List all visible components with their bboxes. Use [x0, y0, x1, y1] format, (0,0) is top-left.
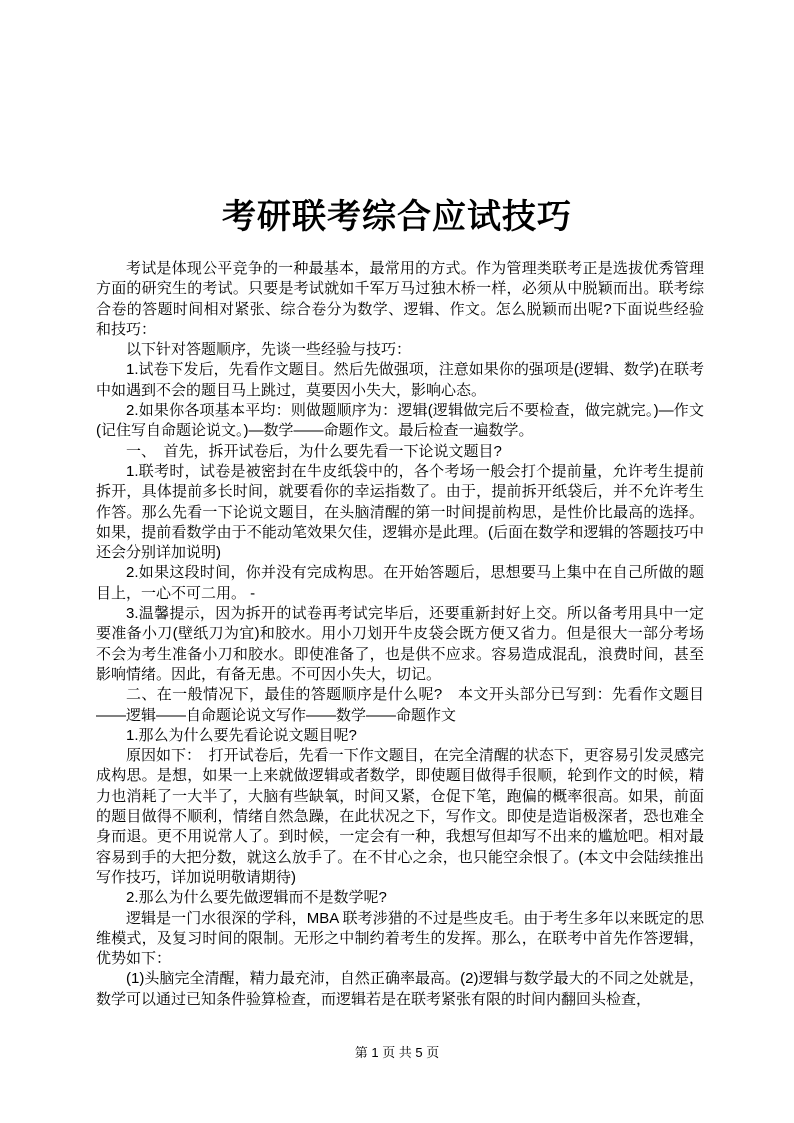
- document-title: 考研联考综合应试技巧: [0, 189, 794, 238]
- paragraph-section1-item1: 1.联考时，试卷是被密封在牛皮纸袋中的，各个考场一般会打个提前量，允许考生提前拆…: [96, 462, 704, 563]
- heading-section-2: 二、在一般情况下，最佳的答题顺序是什么呢? 本文开头部分已写到：先看作文题目——…: [96, 685, 704, 726]
- document-body: 考试是体现公平竞争的一种最基本，最常用的方式。作为管理类联考正是选拔优秀管理方面…: [96, 259, 704, 1010]
- document-page: 考研联考综合应试技巧 考试是体现公平竞争的一种最基本，最常用的方式。作为管理类联…: [0, 0, 794, 1123]
- paragraph-tip-1: 1.试卷下发后，先看作文题目。然后先做强项，注意如果你的强项是(逻辑、数学)在联…: [96, 360, 704, 401]
- page-number-footer: 第 1 页 共 5 页: [0, 1042, 794, 1061]
- paragraph-order-lead: 以下针对答题顺序，先谈一些经验与技巧：: [96, 340, 704, 360]
- paragraph-logic-intro: 逻辑是一门水很深的学科，MBA 联考涉猎的不过是些皮毛。由于考生多年以来既定的思…: [96, 909, 704, 970]
- paragraph-section2-q1: 1.那么为什么要先看论说文题目呢?: [96, 726, 704, 746]
- paragraph-section2-reason: 原因如下： 打开试卷后，先看一下作文题目，在完全清醒的状态下，更容易引发灵感完成…: [96, 746, 704, 888]
- paragraph-tip-2: 2.如果你各项基本平均：则做题顺序为：逻辑(逻辑做完后不要检查，做完就完。)—作…: [96, 401, 704, 442]
- heading-section-1: 一、 首先，拆开试卷后，为什么要先看一下论说文题目?: [96, 442, 704, 462]
- paragraph-intro: 考试是体现公平竞争的一种最基本，最常用的方式。作为管理类联考正是选拔优秀管理方面…: [96, 259, 704, 340]
- paragraph-section1-item2: 2.如果这段时间，你并没有完成构思。在开始答题后，思想要马上集中在自己所做的题目…: [96, 563, 704, 604]
- paragraph-section1-item3: 3.温馨提示，因为拆开的试卷再考试完毕后，还要重新封好上交。所以备考用具中一定要…: [96, 604, 704, 685]
- paragraph-logic-advantages: (1)头脑完全清醒，精力最充沛，自然正确率最高。(2)逻辑与数学最大的不同之处就…: [96, 969, 704, 1010]
- paragraph-section2-q2: 2.那么为什么要先做逻辑而不是数学呢?: [96, 888, 704, 908]
